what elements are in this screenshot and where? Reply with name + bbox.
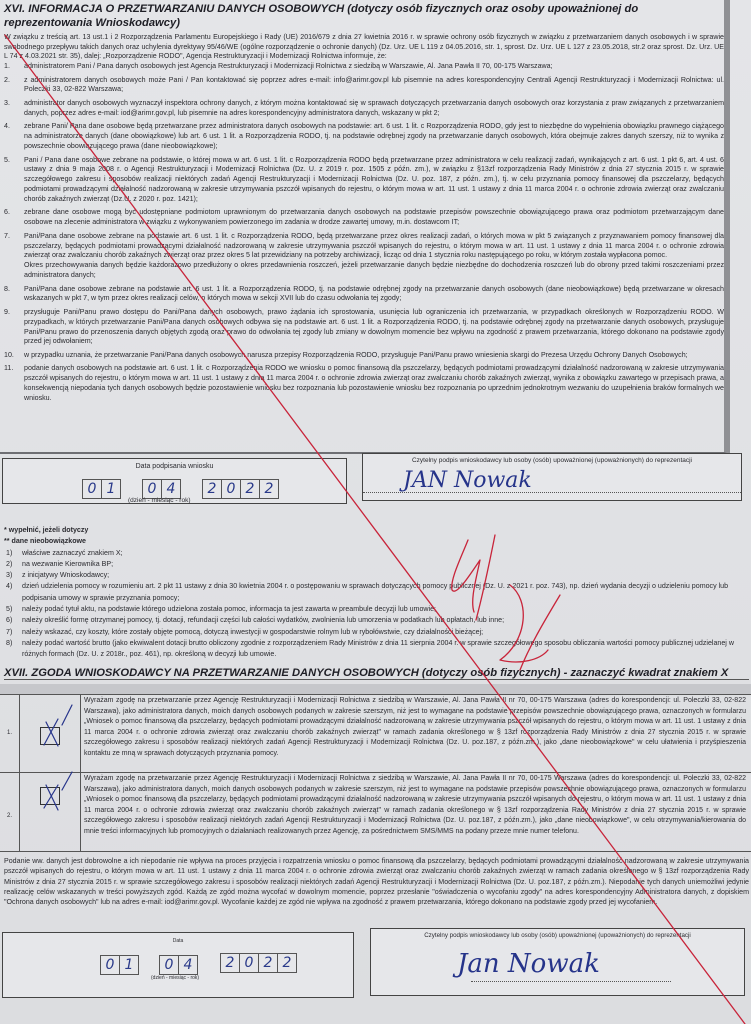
consent-1-checkbox[interactable] — [40, 727, 60, 745]
rodo-item-number: 1. — [4, 62, 10, 72]
rodo-item-number: 8. — [4, 285, 10, 295]
rodo-item: 5.Pani / Pana dane osobowe zebrane na po… — [4, 156, 724, 205]
consent-text: Wyrażam zgodę na przetwarzanie przez Age… — [84, 774, 746, 837]
rodo-item-extra: Okres przechowywania danych będzie każdo… — [24, 261, 724, 281]
rodo-item-text: z administratorem danych osobowych może … — [24, 76, 724, 94]
section-17-title: XVII. ZGODA WNIOSKODAWCY NA PRZETWARZANI… — [4, 667, 749, 680]
rodo-item: 7.Pani/Pana dane osobowe zebrane na pods… — [4, 232, 724, 281]
footnote-text: należy wskazać, czy koszty, które został… — [22, 628, 483, 636]
consent-signature-box: Czytelny podpis wnioskodawcy lub osoby (… — [370, 928, 745, 996]
date-digit-cell[interactable]: 2 — [240, 479, 260, 499]
rodo-item: 4.zebrane Pani/ Pana dane osobowe będą p… — [4, 122, 724, 151]
section-16-title: XVI. INFORMACJA O PRZETWARZANIU DANYCH O… — [4, 2, 724, 30]
footnote-item: 2)na wezwanie Kierownika BP; — [4, 559, 739, 570]
rodo-item-number: 11. — [4, 364, 13, 374]
rodo-item-number: 4. — [4, 122, 10, 132]
signature-line — [471, 981, 671, 982]
rodo-item-text: przysługuje Pani/Panu prawo dostępu do P… — [24, 308, 724, 345]
rodo-item-text: Pani / Pana dane osobowe zebrane na pods… — [24, 156, 724, 203]
signature-label: Czytelny podpis wnioskodawcy lub osoby (… — [363, 457, 741, 464]
footnote-text: dzień udzielenia pomocy w rozumieniu art… — [22, 582, 728, 601]
document-page: XVI. INFORMACJA O PRZETWARZANIU DANYCH O… — [0, 0, 751, 1024]
signing-date-label: Data podpisania wniosku — [3, 463, 346, 470]
signing-date-box: Data podpisania wniosku 01 04 2022 (dzie… — [2, 458, 347, 504]
consent-text: Wyrażam zgodę na przetwarzanie przez Age… — [84, 696, 746, 759]
rodo-item-number: 5. — [4, 156, 10, 166]
rodo-item-text: zebrane Pani/ Pana dane osobowe będą prz… — [24, 122, 724, 150]
footnote-item: 7)należy wskazać, czy koszty, które zost… — [4, 627, 739, 638]
rodo-item-number: 3. — [4, 99, 10, 109]
footnote-number: 2) — [6, 559, 12, 570]
rodo-item-number: 9. — [4, 308, 10, 318]
date-digit-cell[interactable]: 2 — [258, 953, 278, 973]
rodo-item: 1.administratorem Pani / Pana danych oso… — [4, 62, 724, 72]
consent-checkbox-cell — [20, 773, 81, 851]
footnote-text: z inicjatywy Wnioskodawcy; — [22, 571, 109, 579]
footnote-item: 8)należy podać wartość brutto (jako ekwi… — [4, 638, 739, 661]
date-digit-cell[interactable]: 0 — [221, 479, 241, 499]
consent-date-label: Data — [3, 938, 353, 944]
consent-number: 2. — [0, 773, 20, 851]
rodo-item-number: 2. — [4, 76, 10, 86]
date-month[interactable]: 04 — [143, 479, 181, 499]
rodo-item-number: 7. — [4, 232, 10, 242]
footnote-text: właściwe zaznaczyć znakiem X; — [22, 549, 123, 557]
footnote-number: 1) — [6, 548, 12, 559]
rodo-item-text: w przypadku uznania, że przetwarzanie Pa… — [24, 351, 688, 359]
consent-2-checkbox[interactable] — [40, 787, 60, 805]
rodo-item-text: zebrane dane osobowe mogą być udostępnia… — [24, 208, 724, 226]
rodo-item: 6.zebrane dane osobowe mogą być udostępn… — [4, 208, 724, 228]
footnote-item: 1)właściwe zaznaczyć znakiem X; — [4, 548, 739, 559]
footnote-text: należy podać wartość brutto (jako ekwiwa… — [22, 639, 734, 658]
section-17-bar — [0, 684, 751, 695]
rodo-item-text: Pani/Pana dane osobowe zebrane na podsta… — [24, 232, 724, 260]
note-optional-data: ** dane nieobowiązkowe — [4, 536, 739, 547]
consent-footer: Podanie ww. danych jest dobrowolne a ich… — [4, 856, 749, 907]
footnote-number: 6) — [6, 615, 12, 626]
date-digit-cell[interactable]: 0 — [142, 479, 162, 499]
rodo-item: 10.w przypadku uznania, że przetwarzanie… — [4, 351, 724, 361]
rodo-item-text: podanie danych osobowych na podstawie ar… — [24, 364, 724, 401]
footnote-text: należy podać tytuł aktu, na podstawie kt… — [22, 605, 436, 613]
section-16-intro: W związku z treścią art. 13 ust.1 i 2 Ro… — [4, 33, 724, 62]
rodo-item-number: 10. — [4, 351, 14, 361]
date-digit-cell[interactable]: 0 — [159, 955, 179, 975]
signature-box: Czytelny podpis wnioskodawcy lub osoby (… — [362, 453, 742, 501]
consent-row: 2. Wyrażam zgodę na przetwarzanie przez … — [0, 773, 751, 852]
signature-line — [363, 492, 741, 493]
footnote-number: 5) — [6, 604, 12, 615]
rodo-list: 1.administratorem Pani / Pana danych oso… — [4, 62, 724, 407]
footnote-number: 7) — [6, 627, 12, 638]
date-digit-cell[interactable]: 4 — [178, 955, 198, 975]
date-digit-cell[interactable]: 4 — [161, 479, 181, 499]
date-day[interactable]: 01 — [83, 479, 121, 499]
date-year[interactable]: 2022 — [203, 479, 279, 499]
footnotes: * wypełnić, jeżeli dotyczy ** dane nieob… — [4, 525, 739, 661]
date-digit-cell[interactable]: 0 — [100, 955, 120, 975]
footnote-number: 4) — [6, 581, 12, 592]
rodo-item-text: administratorem Pani / Pana danych osobo… — [24, 62, 553, 70]
footnote-item: 4)dzień udzielenia pomocy w rozumieniu a… — [4, 581, 739, 604]
consent-number: 1. — [0, 695, 20, 772]
date-digit-cell[interactable]: 2 — [220, 953, 240, 973]
footnote-text: należy określić formę otrzymanej pomocy,… — [22, 616, 504, 624]
date-day[interactable]: 01 — [101, 955, 139, 975]
handwritten-signature: Jan Nowak — [457, 949, 600, 979]
consent-signature-label: Czytelny podpis wnioskodawcy lub osoby (… — [371, 932, 744, 939]
footnote-number: 3) — [6, 570, 12, 581]
date-month[interactable]: 04 — [160, 955, 198, 975]
note-if-applicable: * wypełnić, jeżeli dotyczy — [4, 525, 739, 536]
rodo-item: 9.przysługuje Pani/Panu prawo dostępu do… — [4, 308, 724, 347]
footnote-item: 5)należy podać tytuł aktu, na podstawie … — [4, 604, 739, 615]
date-digit-cell[interactable]: 0 — [82, 479, 102, 499]
date-format-hint: (dzień - miesiąc - rok) — [128, 497, 190, 504]
footnote-number: 8) — [6, 638, 12, 649]
date-digit-cell[interactable]: 0 — [239, 953, 259, 973]
consent-row: 1. Wyrażam zgodę na przetwarzanie przez … — [0, 695, 751, 773]
footnote-item: 6)należy określić formę otrzymanej pomoc… — [4, 615, 739, 626]
footnote-text: na wezwanie Kierownika BP; — [22, 560, 113, 568]
date-digit-cell[interactable]: 2 — [277, 953, 297, 973]
rodo-item-number: 6. — [4, 208, 10, 218]
consent-checkbox-cell — [20, 695, 81, 772]
rodo-item: 8.Pani/Pana dane osobowe zebrane na pods… — [4, 285, 724, 305]
date-digit-cell[interactable]: 1 — [101, 479, 121, 499]
rodo-item: 11.podanie danych osobowych na podstawie… — [4, 364, 724, 403]
footnote-item: 3)z inicjatywy Wnioskodawcy; — [4, 570, 739, 581]
rodo-item: 3.administrator danych osobowych wyznacz… — [4, 99, 724, 119]
footnote-list: 1)właściwe zaznaczyć znakiem X;2)na wezw… — [4, 548, 739, 661]
date-digit-cell[interactable]: 2 — [259, 479, 279, 499]
handwritten-signature: JAN Nowak — [403, 468, 532, 493]
rodo-item-text: Pani/Pana dane osobowe zebrane na podsta… — [24, 285, 724, 303]
date-digit-cell[interactable]: 1 — [119, 955, 139, 975]
rodo-item: 2.z administratorem danych osobowych moż… — [4, 76, 724, 96]
date-year[interactable]: 2022 — [221, 953, 297, 973]
date-format-hint: (dzień - miesiąc - rok) — [151, 975, 199, 981]
consent-date-box: Data 01 04 2022 (dzień - miesiąc - rok) — [2, 932, 354, 998]
date-digit-cell[interactable]: 2 — [202, 479, 222, 499]
rodo-item-text: administrator danych osobowych wyznaczył… — [24, 99, 724, 117]
